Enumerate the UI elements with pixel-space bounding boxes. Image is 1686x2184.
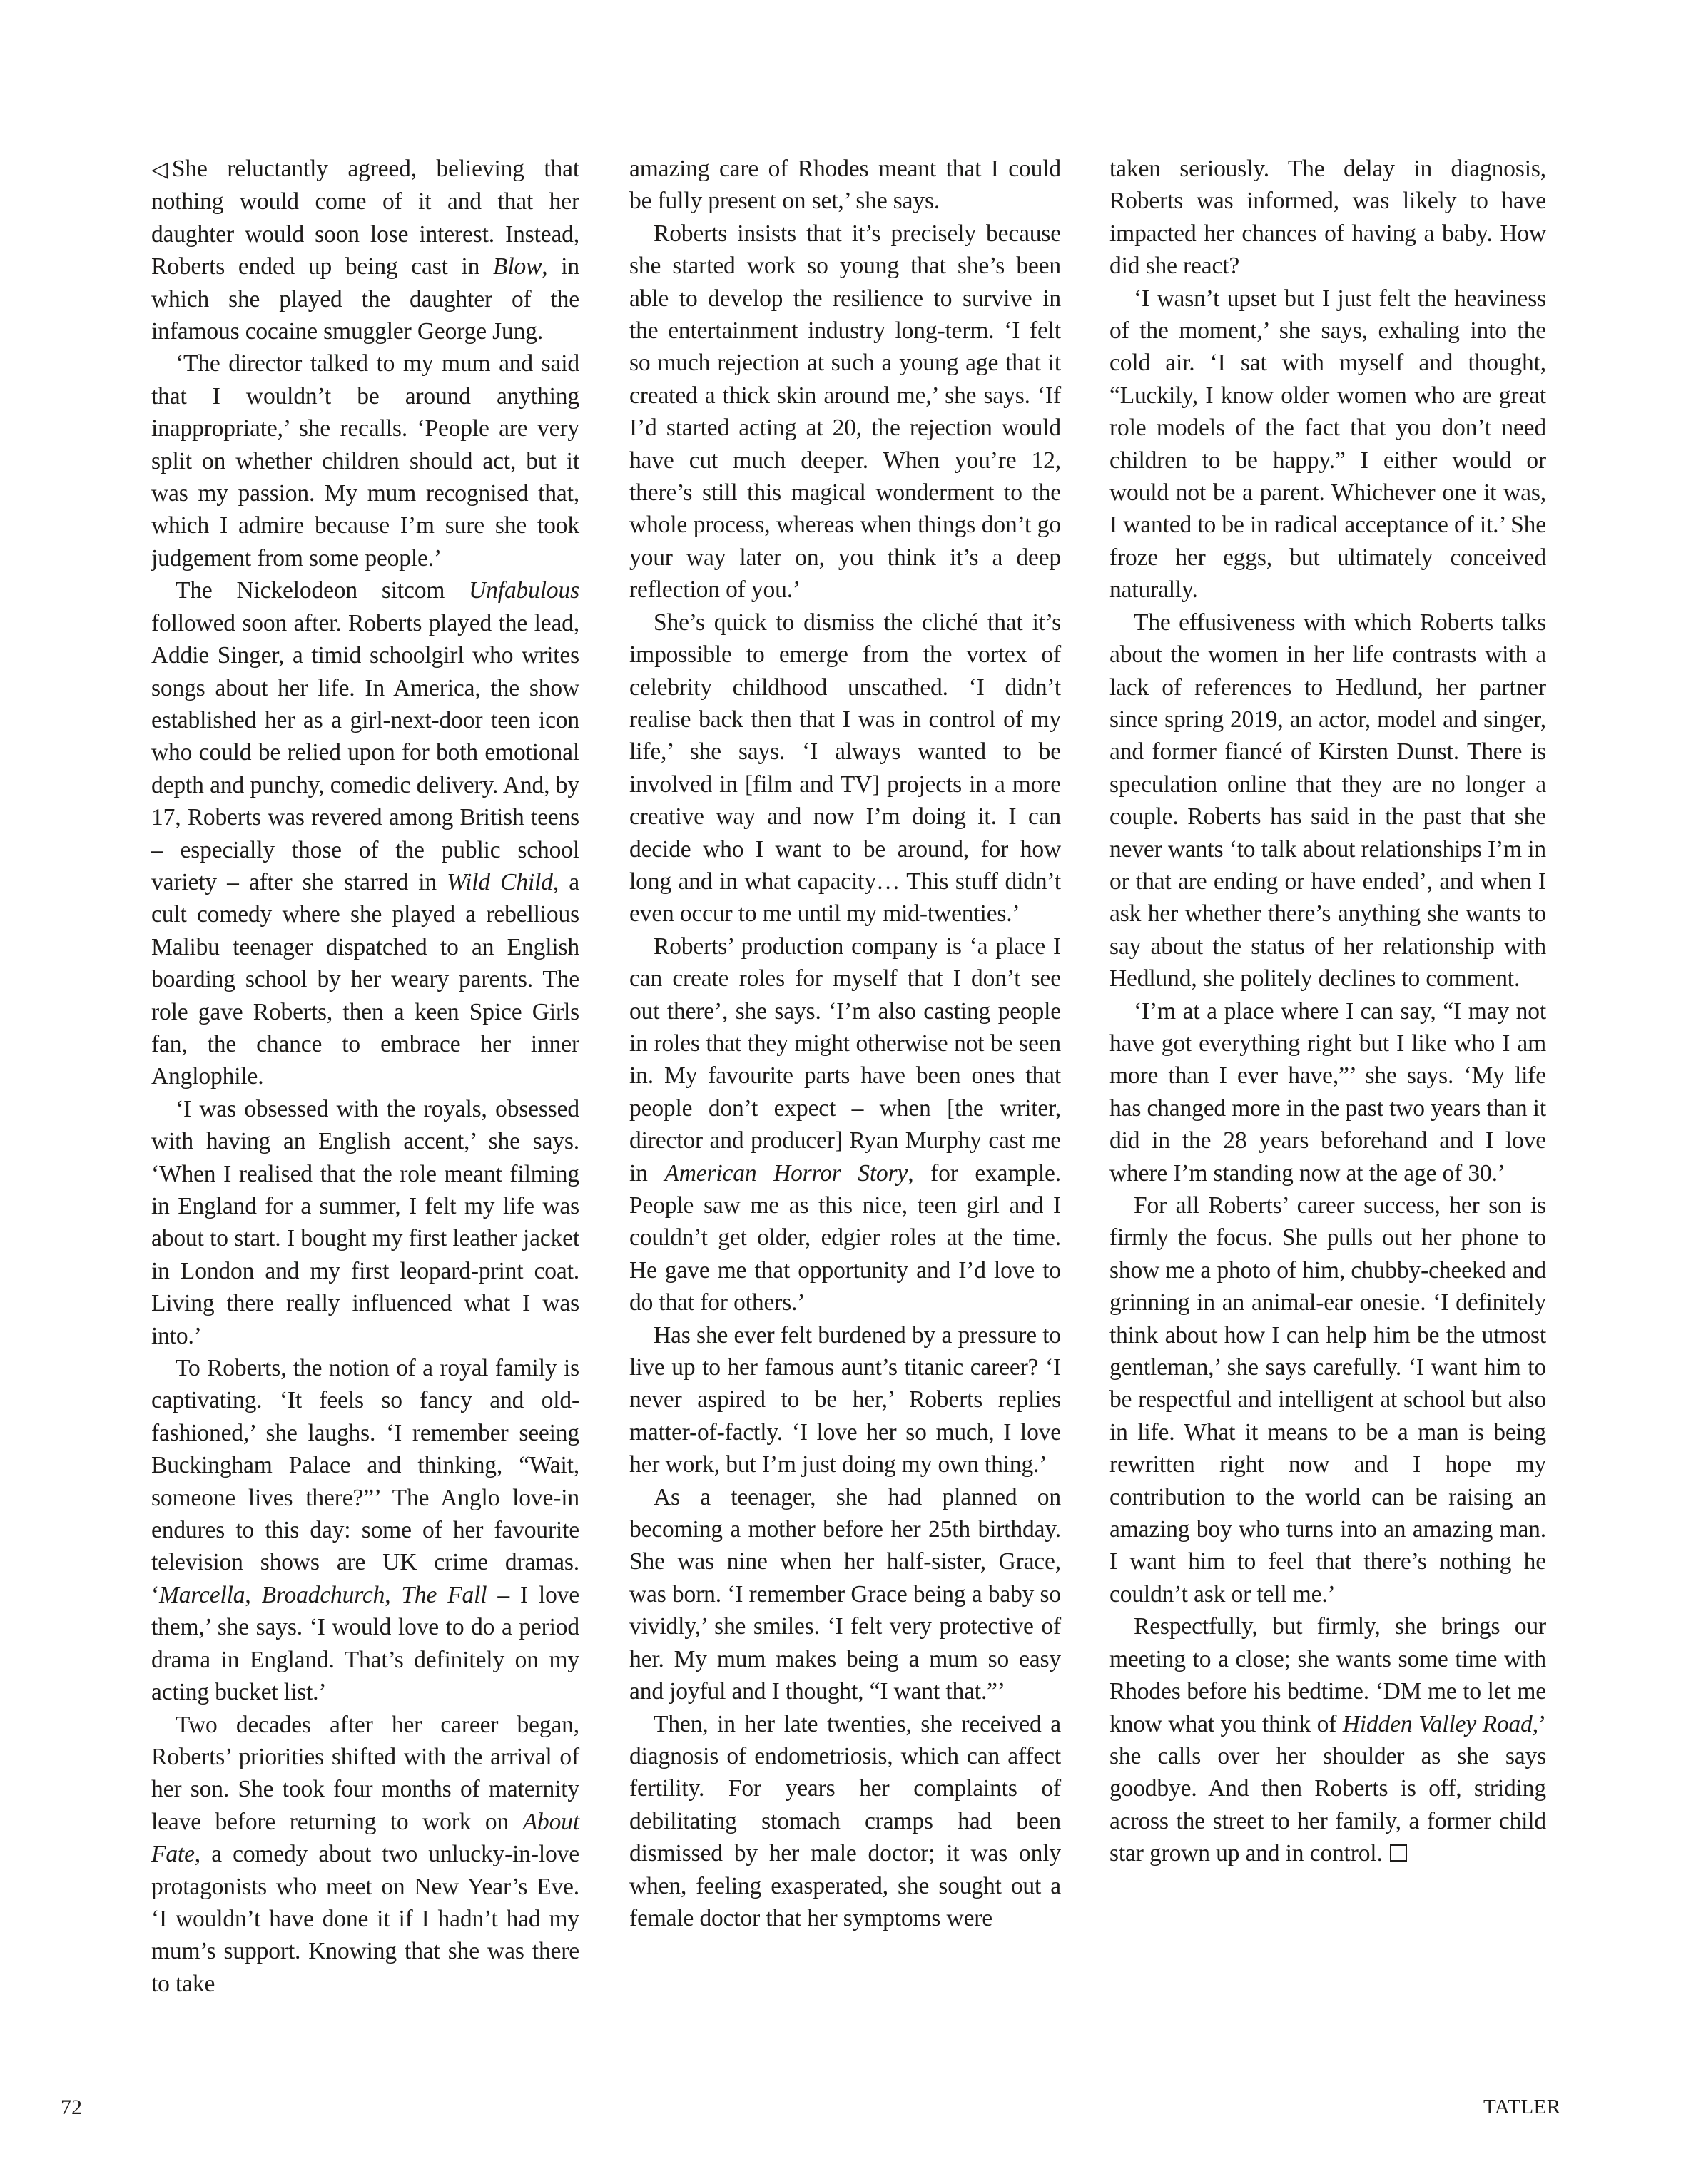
- paragraph-text: ,: [385, 1582, 401, 1608]
- article-paragraph: taken seriously. The delay in diagnosis,…: [1109, 153, 1546, 283]
- paragraph-text: ‘I’m at a place where I can say, “I may …: [1109, 998, 1546, 1187]
- italic-title: Wild Child: [447, 869, 553, 895]
- article-paragraph: ‘I was obsessed with the royals, obsesse…: [151, 1093, 579, 1352]
- italic-title: Unfabulous: [469, 577, 579, 604]
- article-paragraph: The Nickelodeon sitcom Unfabulous follow…: [151, 574, 579, 1093]
- article-paragraph: Has she ever felt burdened by a pressure…: [629, 1319, 1061, 1481]
- publication-name: TATLER: [1483, 2096, 1561, 2119]
- article-paragraph: ‘I wasn’t upset but I just felt the heav…: [1109, 283, 1546, 606]
- paragraph-text: ‘The director talked to my mum and said …: [151, 350, 579, 571]
- paragraph-text: The Nickelodeon sitcom: [176, 577, 469, 604]
- paragraph-text: Roberts insists that it’s precisely beca…: [629, 220, 1061, 603]
- column-1: ◁She reluctantly agreed, believing that …: [151, 153, 579, 2000]
- article-paragraph: The effusiveness with which Roberts talk…: [1109, 606, 1546, 995]
- paragraph-text: To Roberts, the notion of a royal family…: [151, 1355, 579, 1608]
- article-paragraph: ‘The director talked to my mum and said …: [151, 347, 579, 574]
- article-paragraph: Respectfully, but firmly, she brings our…: [1109, 1610, 1546, 1869]
- magazine-page: ◁She reluctantly agreed, believing that …: [0, 0, 1686, 2184]
- paragraph-text: Has she ever felt burdened by a pressure…: [629, 1322, 1061, 1478]
- paragraph-text: ‘I wasn’t upset but I just felt the heav…: [1109, 285, 1546, 604]
- paragraph-text: , a comedy about two unlucky-in-love pro…: [151, 1841, 579, 1997]
- paragraph-text: ,: [245, 1582, 261, 1608]
- italic-title: American Horror Story: [664, 1160, 908, 1187]
- article-paragraph: Roberts insists that it’s precisely beca…: [629, 218, 1061, 606]
- article-paragraph: For all Roberts’ career success, her son…: [1109, 1189, 1546, 1610]
- paragraph-text: For all Roberts’ career success, her son…: [1109, 1192, 1546, 1607]
- article-paragraph: amazing care of Rhodes meant that I coul…: [629, 153, 1061, 218]
- paragraph-text: amazing care of Rhodes meant that I coul…: [629, 156, 1061, 214]
- article-paragraph: Roberts’ production company is ‘a place …: [629, 930, 1061, 1319]
- column-3: taken seriously. The delay in diagnosis,…: [1109, 153, 1546, 2000]
- paragraph-text: followed soon after. Roberts played the …: [151, 610, 579, 895]
- italic-title: Marcella: [159, 1582, 245, 1608]
- paragraph-text: Two decades after her career began, Robe…: [151, 1712, 579, 1835]
- italic-title: The Fall: [401, 1582, 487, 1608]
- article-paragraph: ‘I’m at a place where I can say, “I may …: [1109, 995, 1546, 1189]
- article-paragraph: Two decades after her career began, Robe…: [151, 1709, 579, 2001]
- italic-title: Blow: [493, 253, 542, 280]
- article-paragraph: She’s quick to dismiss the cliché that i…: [629, 606, 1061, 930]
- paragraph-text: ‘I was obsessed with the royals, obsesse…: [151, 1096, 579, 1349]
- italic-title: Hidden Valley Road: [1343, 1711, 1533, 1737]
- article-paragraph: To Roberts, the notion of a royal family…: [151, 1352, 579, 1708]
- continued-from-arrow-icon: ◁: [151, 153, 168, 186]
- page-number: 72: [61, 2096, 82, 2120]
- paragraph-text: , a cult comedy where she played a rebel…: [151, 869, 579, 1090]
- paragraph-text: taken seriously. The delay in diagnosis,…: [1109, 156, 1546, 279]
- article-body: ◁She reluctantly agreed, believing that …: [151, 153, 1546, 2000]
- column-2: amazing care of Rhodes meant that I coul…: [629, 153, 1061, 2000]
- paragraph-text: She’s quick to dismiss the cliché that i…: [629, 609, 1061, 928]
- paragraph-text: Then, in her late twenties, she received…: [629, 1711, 1061, 1931]
- article-paragraph: Then, in her late twenties, she received…: [629, 1708, 1061, 1935]
- paragraph-text: As a teenager, she had planned on becomi…: [629, 1484, 1061, 1705]
- paragraph-text: The effusiveness with which Roberts talk…: [1109, 609, 1546, 992]
- end-of-article-square-icon: [1390, 1844, 1407, 1862]
- italic-title: Broadchurch: [262, 1582, 385, 1608]
- article-paragraph: As a teenager, she had planned on becomi…: [629, 1481, 1061, 1708]
- article-paragraph: ◁She reluctantly agreed, believing that …: [151, 153, 579, 347]
- paragraph-text: Roberts’ production company is ‘a place …: [629, 933, 1061, 1187]
